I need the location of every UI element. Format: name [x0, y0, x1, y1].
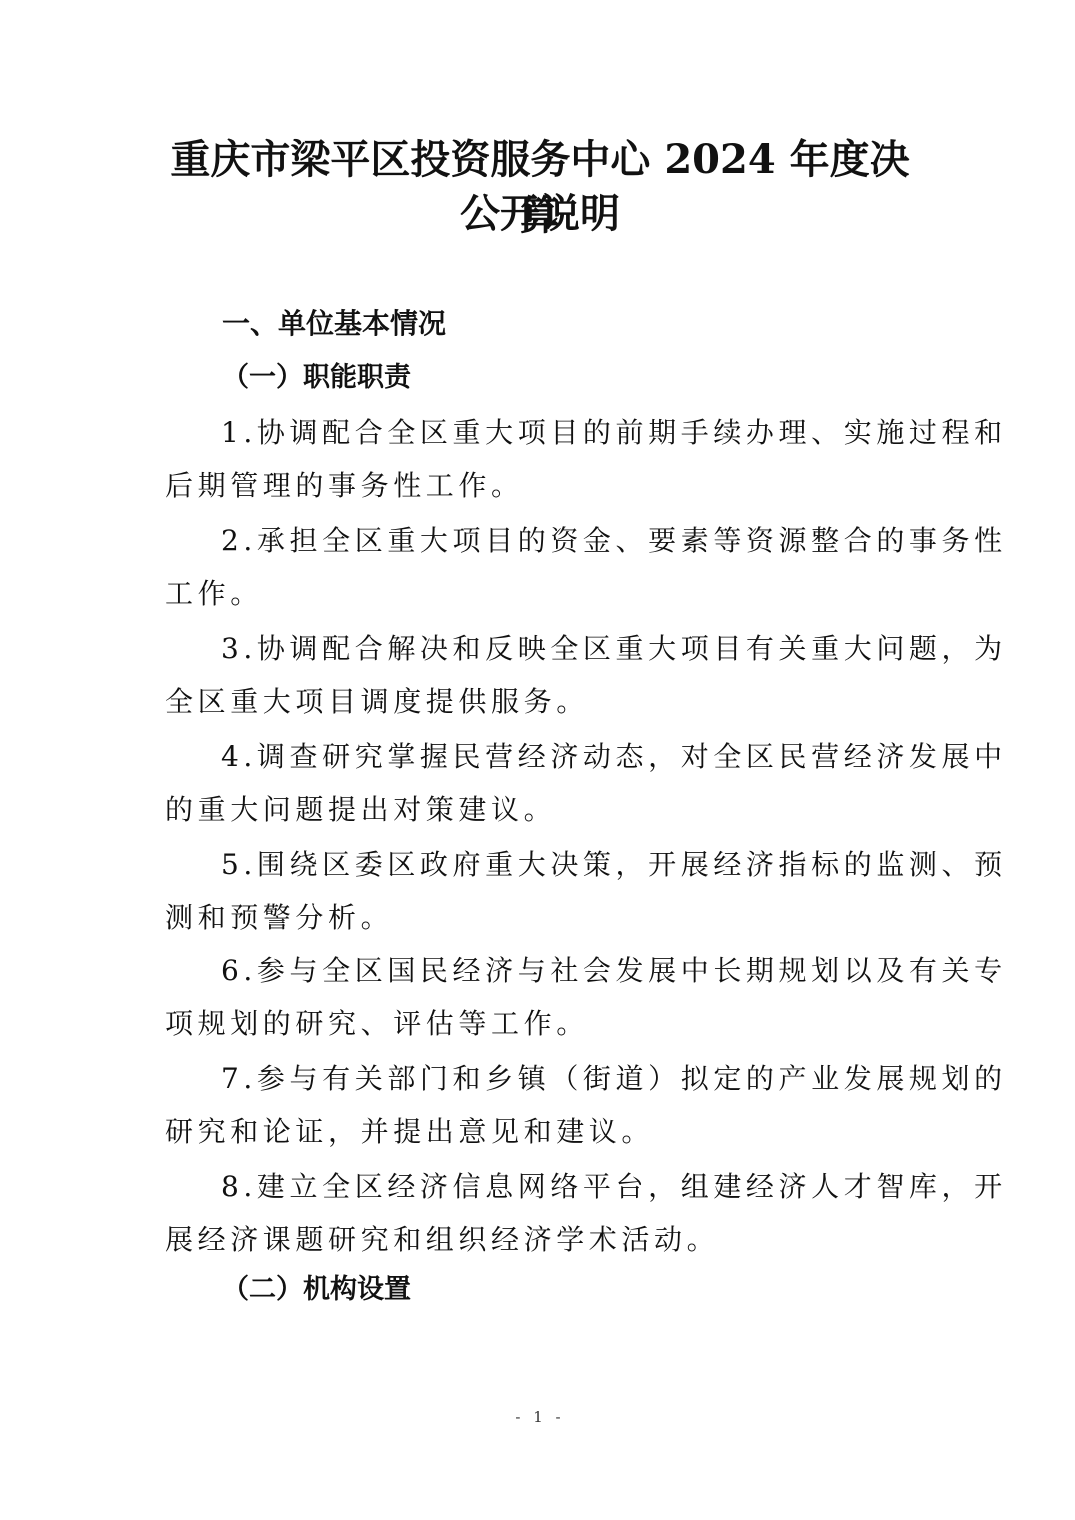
duty-item-6: 6.参与全区国民经济与社会发展中长期规划以及有关专 项规划的研究、评估等工作。	[165, 944, 910, 1050]
duty-item-6-line-2: 项规划的研究、评估等工作。	[165, 997, 910, 1050]
duty-item-8-line-2: 展经济课题研究和组织经济学术活动。	[165, 1213, 910, 1266]
duty-item-5-line-1: 5.围绕区委区政府重大决策，开展经济指标的监测、预	[165, 838, 910, 891]
page-number: - 1 -	[480, 1408, 600, 1426]
duty-item-8: 8.建立全区经济信息网络平台，组建经济人才智库，开 展经济课题研究和组织经济学术…	[165, 1160, 910, 1266]
duty-item-1-line-1: 1.协调配合全区重大项目的前期手续办理、实施过程和	[165, 406, 910, 459]
subsection-heading-organization: （二）机构设置	[222, 1268, 411, 1312]
duty-item-7: 7.参与有关部门和乡镇（街道）拟定的产业发展规划的 研究和论证，并提出意见和建议…	[165, 1052, 910, 1158]
duty-item-2-line-2: 工作。	[165, 567, 910, 620]
duty-item-4-line-2: 的重大问题提出对策建议。	[165, 783, 910, 836]
document-page: 重庆市梁平区投资服务中心 2024 年度决算 公开说明 一、单位基本情况 （一）…	[0, 0, 1075, 1520]
duty-item-6-line-1: 6.参与全区国民经济与社会发展中长期规划以及有关专	[165, 944, 910, 997]
duty-item-7-line-2: 研究和论证，并提出意见和建议。	[165, 1105, 910, 1158]
duty-item-4: 4.调查研究掌握民营经济动态，对全区民营经济发展中 的重大问题提出对策建议。	[165, 730, 910, 836]
duty-item-1: 1.协调配合全区重大项目的前期手续办理、实施过程和 后期管理的事务性工作。	[165, 406, 910, 512]
duty-item-3-line-1: 3.协调配合解决和反映全区重大项目有关重大问题，为	[165, 622, 910, 675]
duty-item-3: 3.协调配合解决和反映全区重大项目有关重大问题，为 全区重大项目调度提供服务。	[165, 622, 910, 728]
duty-item-2: 2.承担全区重大项目的资金、要素等资源整合的事务性 工作。	[165, 514, 910, 620]
duty-item-8-line-1: 8.建立全区经济信息网络平台，组建经济人才智库，开	[165, 1160, 910, 1213]
duty-item-2-line-1: 2.承担全区重大项目的资金、要素等资源整合的事务性	[165, 514, 910, 567]
duty-item-5: 5.围绕区委区政府重大决策，开展经济指标的监测、预 测和预警分析。	[165, 838, 910, 944]
subsection-heading-functions: （一）职能职责	[222, 356, 411, 400]
duty-item-7-line-1: 7.参与有关部门和乡镇（街道）拟定的产业发展规划的	[165, 1052, 910, 1105]
document-title-line-2: 公开说明	[160, 186, 920, 242]
duty-item-3-line-2: 全区重大项目调度提供服务。	[165, 675, 910, 728]
section-heading-basic-info: 一、单位基本情况	[222, 302, 446, 346]
duty-item-1-line-2: 后期管理的事务性工作。	[165, 459, 910, 512]
duty-item-4-line-1: 4.调查研究掌握民营经济动态，对全区民营经济发展中	[165, 730, 910, 783]
duty-item-5-line-2: 测和预警分析。	[165, 891, 910, 944]
